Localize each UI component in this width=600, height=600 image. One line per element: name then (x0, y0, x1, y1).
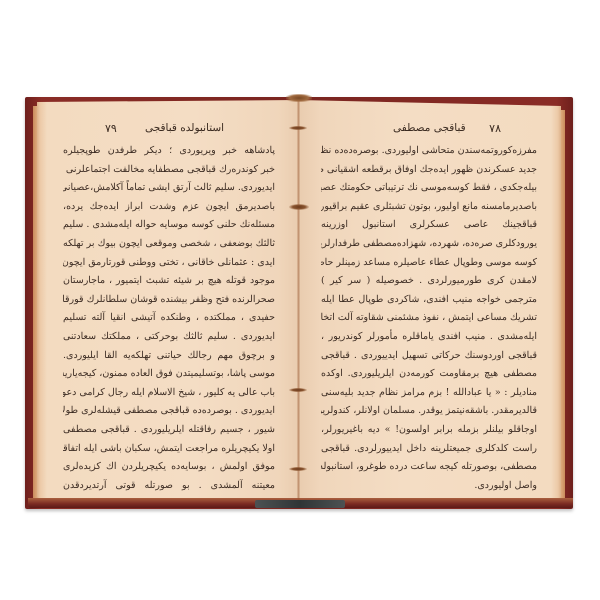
text-line: جدید عسکرندن ظهور ایدەجك اوفاق برقطعە اش… (321, 161, 537, 180)
text-line: موفق اولمش ، بوسایەدە یکیچریلردن اك کزید… (63, 458, 275, 477)
spine-underside (255, 500, 345, 508)
right-page-header: قباقجی مصطفی ٧٨ (299, 122, 561, 138)
book-gutter (297, 100, 300, 500)
text-line: اولا یکیچریلرە مراجعت ایتمش، سکبان باشی … (63, 440, 275, 459)
text-line: صوکرا قالیونجی قیشلەسنە کیتمشدی . قیشلەی… (63, 495, 275, 498)
text-line: حفیدی ، مملکتدە ، وطنکدە آتیشی انقیا آلت… (63, 309, 275, 328)
left-page: ٧٩ استانبولده قباقجی پادشاهه خبر ویریورد… (37, 100, 299, 498)
text-line: پادشاهه خبر ویریوردی ؛ دیکر طرفدن طوپجیل… (63, 142, 275, 161)
binding-stitch (289, 388, 307, 392)
text-line: کوسە موسی وطوپال عطاء عاصیلرە مساعد زمین… (321, 254, 537, 273)
text-line: و برچوق مهم رجالك حیاتنی تهلکەیە القا ای… (63, 347, 275, 366)
right-page-text: مفرزەکوروتمەسندن متحاشی اولیوردی. بوصرەد… (321, 142, 537, 498)
text-line: ایلەمشدی . منیب افندی یاماقلرە مأمورلر ک… (321, 328, 537, 347)
text-line: مترجمی خواجە منیب افندی، شاکردی طوپال عط… (321, 291, 537, 310)
left-page-text: پادشاهه خبر ویریوردی ؛ دیکر طرفدن طوپجیل… (63, 142, 275, 498)
text-line: باصدیرمق ایچون عزم وشدت ابراز ایدەجك یرد… (63, 198, 275, 217)
text-line: یورودکلری صرەدە، شهردە، شهزادەمصطفی طرفد… (321, 235, 537, 254)
text-line: موسی پاشا، بوتسلیمیتدن فوق العادە ممنون،… (63, 365, 275, 384)
text-line: لامقدن کری طورمیورلردی . خصوصیلە ( سر کی… (321, 272, 537, 291)
right-page-number: ٧٨ (489, 122, 501, 135)
text-line: ایدی : عثمانلی خاقانی ، تختی ووطنی قورتا… (63, 254, 275, 273)
text-line: خبر کوندرەرك قباقجی مصطفایه مخالفت اجتما… (63, 161, 275, 180)
left-page-header: ٧٩ استانبولده قباقجی (37, 122, 299, 138)
text-line: موجود قوتلە هیچ بر شیئە تشبث ایتمیور ، م… (63, 272, 275, 291)
left-running-title: استانبولده قباقجی (145, 122, 224, 134)
text-line: راست کلدکلری جمیعتلرینە داخل ایدییورلردی… (321, 440, 537, 459)
text-line: تشریك مساعی ایتمش ، نفوذ مشئمنی شقاوتە آ… (321, 309, 537, 328)
text-line: ایدیوردی . سلیم ثالثك بوحرکتی ، مملکتك س… (63, 328, 275, 347)
text-line: صحرالرندە فتح وظفر بیشندە قوشان سلطانلرك… (63, 291, 275, 310)
binding-stitch (289, 467, 307, 471)
text-line: شیور ، جسیم رفاقتلە ایلریلیوردی . قباقجی… (63, 421, 275, 440)
right-page: قباقجی مصطفی ٧٨ مفرزەکوروتمەسندن متحاشی … (299, 100, 561, 498)
text-line: منادیلر : « یا عبادالله ! بزم مرامز نظام… (321, 384, 537, 403)
text-line: اوکیجە، استانبول درین برسکون ایچندەایدی.… (321, 495, 537, 498)
binding-knot-top (286, 94, 312, 102)
text-line: معیتنە آلمشدی . بو صورتلە قوتی آرتدیردقد… (63, 477, 275, 496)
text-line: ایدیوردی . بوصردەدە قباقجی مصطفی قیشلەلر… (63, 402, 275, 421)
text-line: واصل اولیوردی. (321, 477, 537, 496)
text-line: مفرزەکوروتمەسندن متحاشی اولیوردی. بوصرەد… (321, 142, 537, 161)
text-line: قباقجینك عاصی عسکرلری استانبول اوزرینە (321, 216, 537, 235)
text-line: اوجاقلو بیلنلر بزملە برابر اولسون! » دیە… (321, 421, 537, 440)
text-line: مسئلەنك حلنی کوسه موسایه حواله ایلەمشدی … (63, 216, 275, 235)
text-line: قباقجی اوردوسنك حرکاتی تسهیل ایدییوردی .… (321, 347, 537, 366)
text-line: ایدیوردی. سلیم ثالث آرتق ایشی تماماً آکل… (63, 179, 275, 198)
binding-stitch (289, 204, 309, 210)
text-line: مصطفی، بوصورتلە کیجە ساعت دردە طوغرو، اس… (321, 458, 537, 477)
right-running-title: قباقجی مصطفی (393, 122, 466, 134)
left-page-number: ٧٩ (105, 122, 117, 135)
text-line: ثالثك بوضعفی ، شخصی وموقعی ایچون بیوك بر… (63, 235, 275, 254)
text-line: بیلەجکدی ، فقط کوسەموسی نك ترتیباتی حکوم… (321, 179, 537, 198)
text-line: مصطفی هیچ برمقاومت کورمەدن ایلریلیوردی. … (321, 365, 537, 384)
text-line: باب عالی یه کلیور ، شیخ الاسلام ایلە رجا… (63, 384, 275, 403)
text-line: قالدیرمقدر. باشقەنیتمز یوقدر. مسلمان اول… (321, 402, 537, 421)
binding-stitch (289, 126, 307, 130)
text-line: باصدیرمامسنە مانع اولیور، بوتون تشبثلری … (321, 198, 537, 217)
